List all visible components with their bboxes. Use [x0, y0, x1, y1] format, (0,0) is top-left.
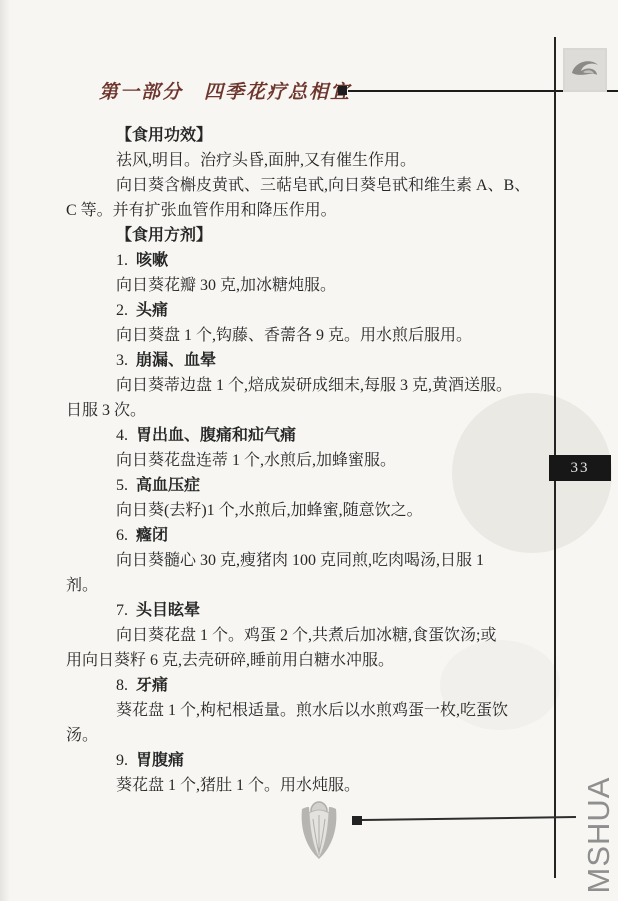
text-line: 向日葵含槲皮黄甙、三萜皂甙,向日葵皂甙和维生素 A、B、: [66, 173, 566, 198]
item-heading-line: 7. 头目眩晕: [66, 598, 566, 623]
footer-square-bullet: [352, 816, 362, 825]
text-line: 葵花盘 1 个,枸杞根适量。煎水后以水煎鸡蛋一枚,吃蛋饮: [66, 698, 566, 723]
item-heading-line: 2. 头痛: [66, 298, 566, 323]
item-heading-line: 5. 高血压症: [66, 473, 566, 498]
scan-edge-shadow: [0, 0, 10, 901]
text-line: C 等。并有扩张血管作用和降压作用。: [66, 198, 566, 223]
text-line: 向日葵花瓣 30 克,加冰糖炖服。: [66, 273, 566, 298]
item-number: 8.: [116, 677, 136, 694]
text-line: 用向日葵籽 6 克,去壳研碎,睡前用白糖水冲服。: [66, 648, 566, 673]
swirl-stamp-icon: [563, 48, 607, 92]
text-line: 祛风,明目。治疗头昏,面肿,又有催生作用。: [66, 148, 566, 173]
watermark-text: MSHUA: [581, 770, 617, 900]
text-line: 向日葵花盘 1 个。鸡蛋 2 个,共煮后加冰糖,食蛋饮汤;或: [66, 623, 566, 648]
item-heading-line: 4. 胃出血、腹痛和疝气痛: [66, 423, 566, 448]
item-title: 崩漏、血晕: [136, 352, 216, 369]
item-number: 6.: [116, 527, 136, 544]
item-title: 胃腹痛: [136, 752, 184, 769]
footer-pointer-line: [362, 816, 576, 821]
text-line: 【食用方剂】: [66, 223, 566, 248]
item-heading-line: 6. 癃闭: [66, 523, 566, 548]
item-heading-line: 1. 咳嗽: [66, 248, 566, 273]
item-heading-line: 8. 牙痛: [66, 673, 566, 698]
item-number: 7.: [116, 602, 136, 619]
text-line: 日服 3 次。: [66, 398, 566, 423]
text-line: 向日葵蒂边盘 1 个,焙成炭研成细末,每服 3 克,黄酒送服。: [66, 373, 566, 398]
text-line: 向日葵髓心 30 克,瘦猪肉 100 克同煎,吃肉喝汤,日服 1: [66, 548, 566, 573]
text-line: 汤。: [66, 723, 566, 748]
item-number: 1.: [116, 252, 136, 269]
item-number: 9.: [116, 752, 136, 769]
text-line: 剂。: [66, 573, 566, 598]
item-title: 头目眩晕: [136, 602, 200, 619]
text-line: 葵花盘 1 个,猪肚 1 个。用水炖服。: [66, 773, 566, 798]
item-title: 癃闭: [136, 527, 168, 544]
item-number: 2.: [116, 302, 136, 319]
text-line: 【食用功效】: [66, 123, 566, 148]
text-line: 向日葵盘 1 个,钩藤、香薷各 9 克。用水煎后服用。: [66, 323, 566, 348]
item-title: 咳嗽: [136, 252, 168, 269]
item-number: 5.: [116, 477, 136, 494]
item-number: 3.: [116, 352, 136, 369]
chapter-title: 第一部分 四季花疗总相宜: [99, 77, 351, 104]
item-number: 4.: [116, 427, 136, 444]
item-title: 牙痛: [136, 677, 168, 694]
item-title: 高血压症: [136, 477, 200, 494]
item-title: 头痛: [136, 302, 168, 319]
book-page: 第一部分 四季花疗总相宜 33 【食用功效】祛风,明目。治疗头昏,面肿,又有催生…: [0, 0, 618, 901]
header-square-bullet: [338, 86, 347, 95]
body-text: 【食用功效】祛风,明目。治疗头昏,面肿,又有催生作用。向日葵含槲皮黄甙、三萜皂甙…: [66, 123, 566, 798]
leaf-bud-emblem-logo: [292, 799, 344, 863]
item-title: 胃出血、腹痛和疝气痛: [136, 427, 296, 444]
text-line: 向日葵花盘连蒂 1 个,水煎后,加蜂蜜服。: [66, 448, 566, 473]
item-heading-line: 9. 胃腹痛: [66, 748, 566, 773]
page-number: 33: [571, 460, 590, 477]
text-line: 向日葵(去籽)1 个,水煎后,加蜂蜜,随意饮之。: [66, 498, 566, 523]
item-heading-line: 3. 崩漏、血晕: [66, 348, 566, 373]
